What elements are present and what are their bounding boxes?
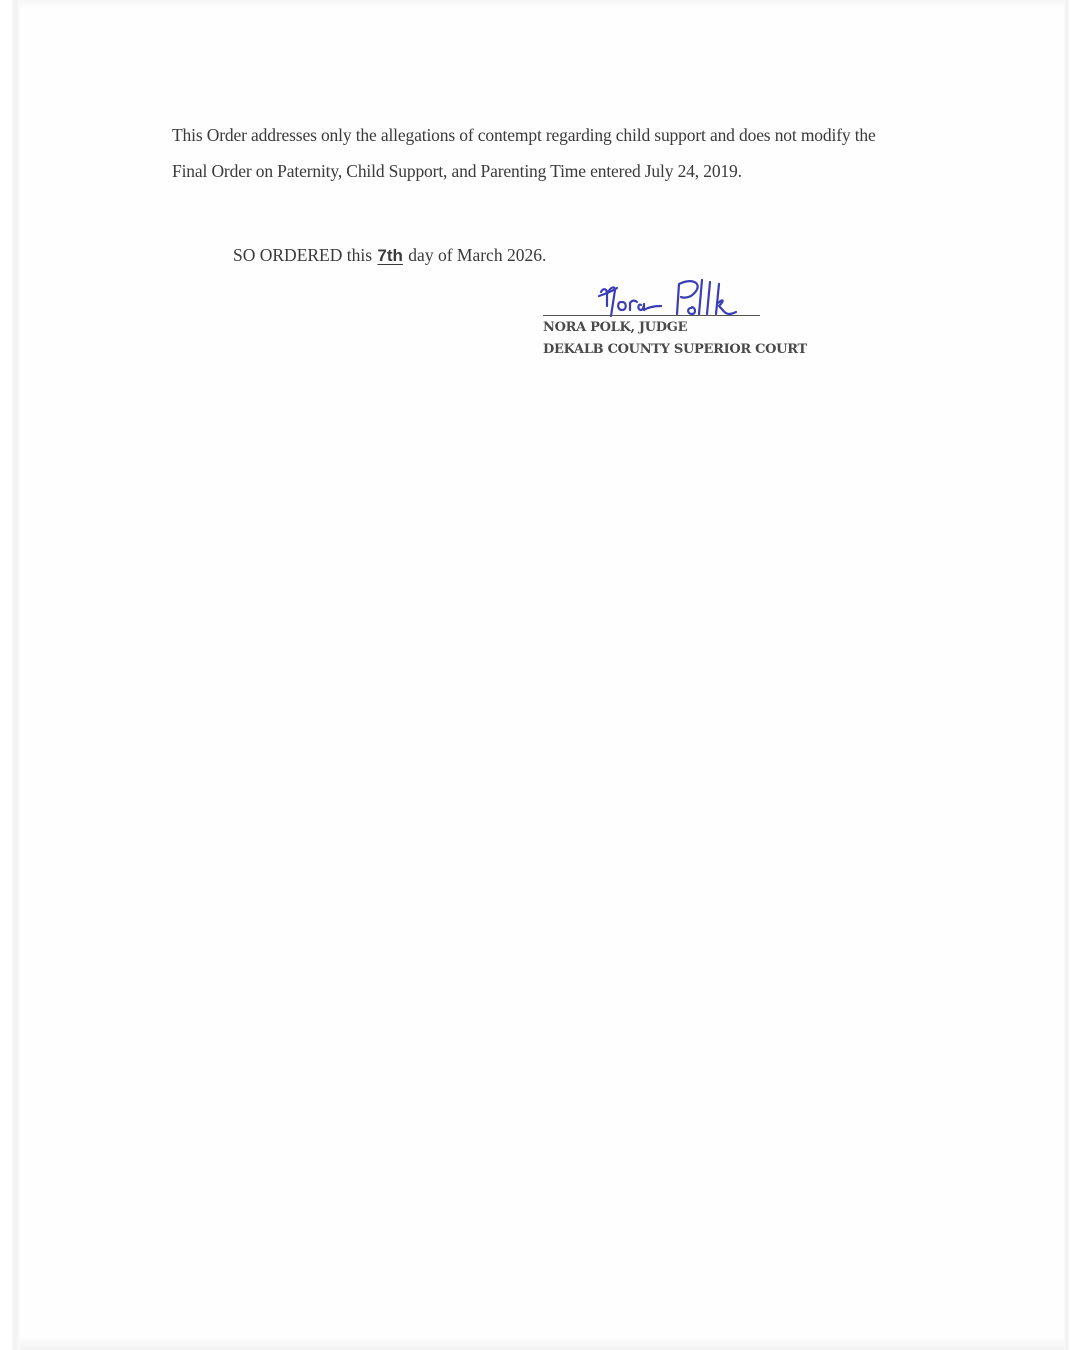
handwritten-signature-icon bbox=[595, 272, 770, 320]
page-edge-right bbox=[1064, 0, 1070, 1350]
so-ordered-prefix: SO ORDERED this bbox=[233, 245, 376, 265]
signature-line bbox=[543, 315, 760, 316]
so-ordered-line: SO ORDERED this 7th day of March 2026. bbox=[233, 240, 546, 271]
page-edge-left bbox=[10, 0, 20, 1350]
page-edge-bottom bbox=[20, 1336, 1064, 1350]
so-ordered-suffix: day of March 2026. bbox=[404, 245, 546, 265]
page-edge-top bbox=[20, 0, 1064, 10]
document-viewer: This Order addresses only the allegation… bbox=[0, 0, 1080, 1350]
document-page bbox=[20, 10, 1064, 1336]
order-day: 7th bbox=[376, 241, 404, 271]
order-scope-paragraph: This Order addresses only the allegation… bbox=[172, 118, 912, 189]
court-name: DEKALB COUNTY SUPERIOR COURT bbox=[543, 342, 807, 357]
judge-name: NORA POLK, JUDGE bbox=[543, 320, 687, 335]
